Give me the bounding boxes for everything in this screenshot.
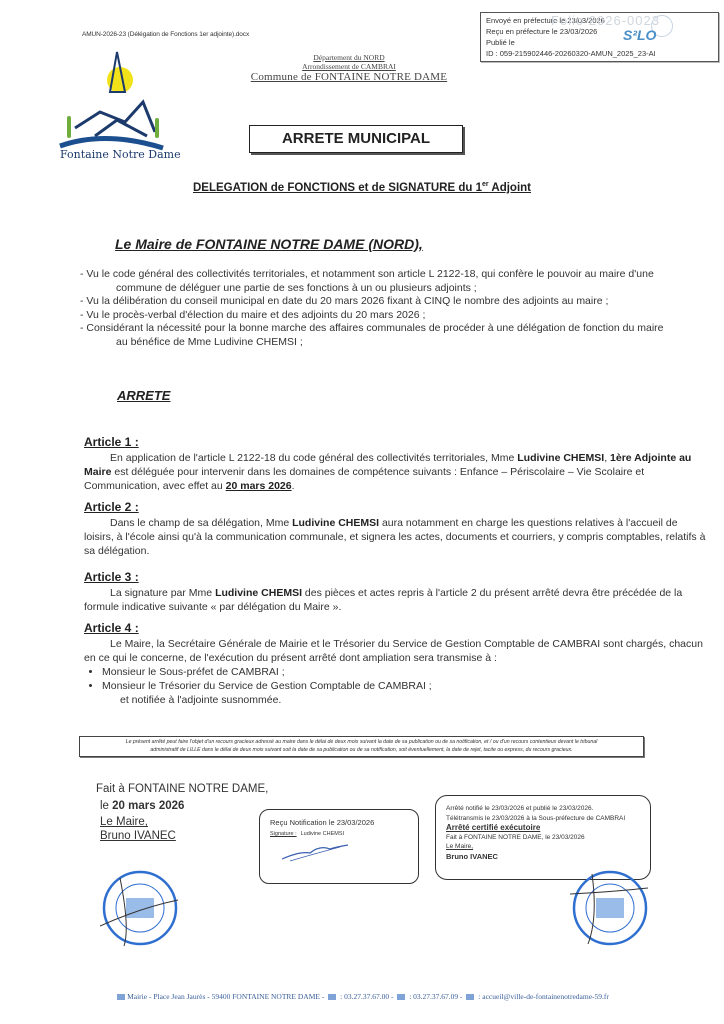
- arrete-heading: ARRETE: [117, 388, 170, 403]
- notification-receipt-box: Reçu Notification le 23/03/2026 Signatur…: [259, 809, 419, 884]
- considerant: - Vu le code général des collectivités t…: [80, 268, 710, 295]
- fax-icon: [397, 994, 405, 1000]
- email-icon: [466, 994, 474, 1000]
- article-1: Article 1 : En application de l'article …: [84, 435, 706, 493]
- folio-watermark: Folio 2026-0023: [551, 15, 660, 26]
- document-title: ARRETE MUNICIPAL: [249, 125, 463, 153]
- adjointe-signature: [270, 837, 350, 867]
- recours-notice: Le présent arrêté peut faire l'objet d'u…: [79, 736, 644, 757]
- article-4: Article 4 : Le Maire, la Secrétaire Géné…: [84, 621, 706, 707]
- logo-caption: Fontaine Notre Dame: [60, 148, 181, 161]
- recipient: Monsieur le Sous-préfet de CAMBRAI ;: [102, 665, 706, 679]
- administrative-header: Département du NORD Arrondissement de CA…: [244, 53, 454, 84]
- phone-icon: [328, 994, 336, 1000]
- s2low-logo: S²LO: [623, 30, 656, 41]
- document-filename: AMUN-2026-23 (Délégation de Fonctions 1e…: [82, 31, 249, 38]
- act-id: ID : 059-215902446-20260320-AMUN_2025_23…: [486, 48, 713, 59]
- commune: Commune de FONTAINE NOTRE DAME: [244, 71, 454, 84]
- arrondissement: Arrondissement de CAMBRAI: [244, 62, 454, 71]
- published-date: Publié le: [486, 37, 713, 48]
- mairie-seal-stamp: [570, 868, 650, 948]
- building-icon: [117, 994, 125, 1000]
- article-3: Article 3 : La signature par Mme Ludivin…: [84, 570, 706, 614]
- document-subtitle: DELEGATION de FONCTIONS et de SIGNATURE …: [0, 181, 724, 194]
- footer-contact: Mairie - Place Jean Jaurès - 59400 FONTA…: [0, 992, 724, 1001]
- considerant: - Vu la délibération du conseil municipa…: [80, 295, 710, 309]
- mairie-seal-stamp: [100, 868, 180, 948]
- considerant: - Vu le procès-verbal d'élection du mair…: [80, 309, 710, 323]
- maire-heading: Le Maire de FONTAINE NOTRE DAME (NORD),: [115, 236, 423, 252]
- commune-logo: [55, 50, 170, 160]
- considerant: - Considérant la nécessité pour la bonne…: [80, 322, 710, 349]
- department: Département du NORD: [244, 53, 454, 62]
- article-2: Article 2 : Dans le champ de sa délégati…: [84, 500, 706, 558]
- recipient: Monsieur le Trésorier du Service de Gest…: [102, 679, 706, 693]
- considerants-list: - Vu le code général des collectivités t…: [80, 268, 710, 349]
- prefecture-stamp: Folio 2026-0023 S²LO Envoyé en préfectur…: [480, 12, 719, 62]
- recipients-list: Monsieur le Sous-préfet de CAMBRAI ; Mon…: [84, 665, 706, 693]
- signature-block: Fait à FONTAINE NOTRE DAME, le 20 mars 2…: [96, 781, 268, 843]
